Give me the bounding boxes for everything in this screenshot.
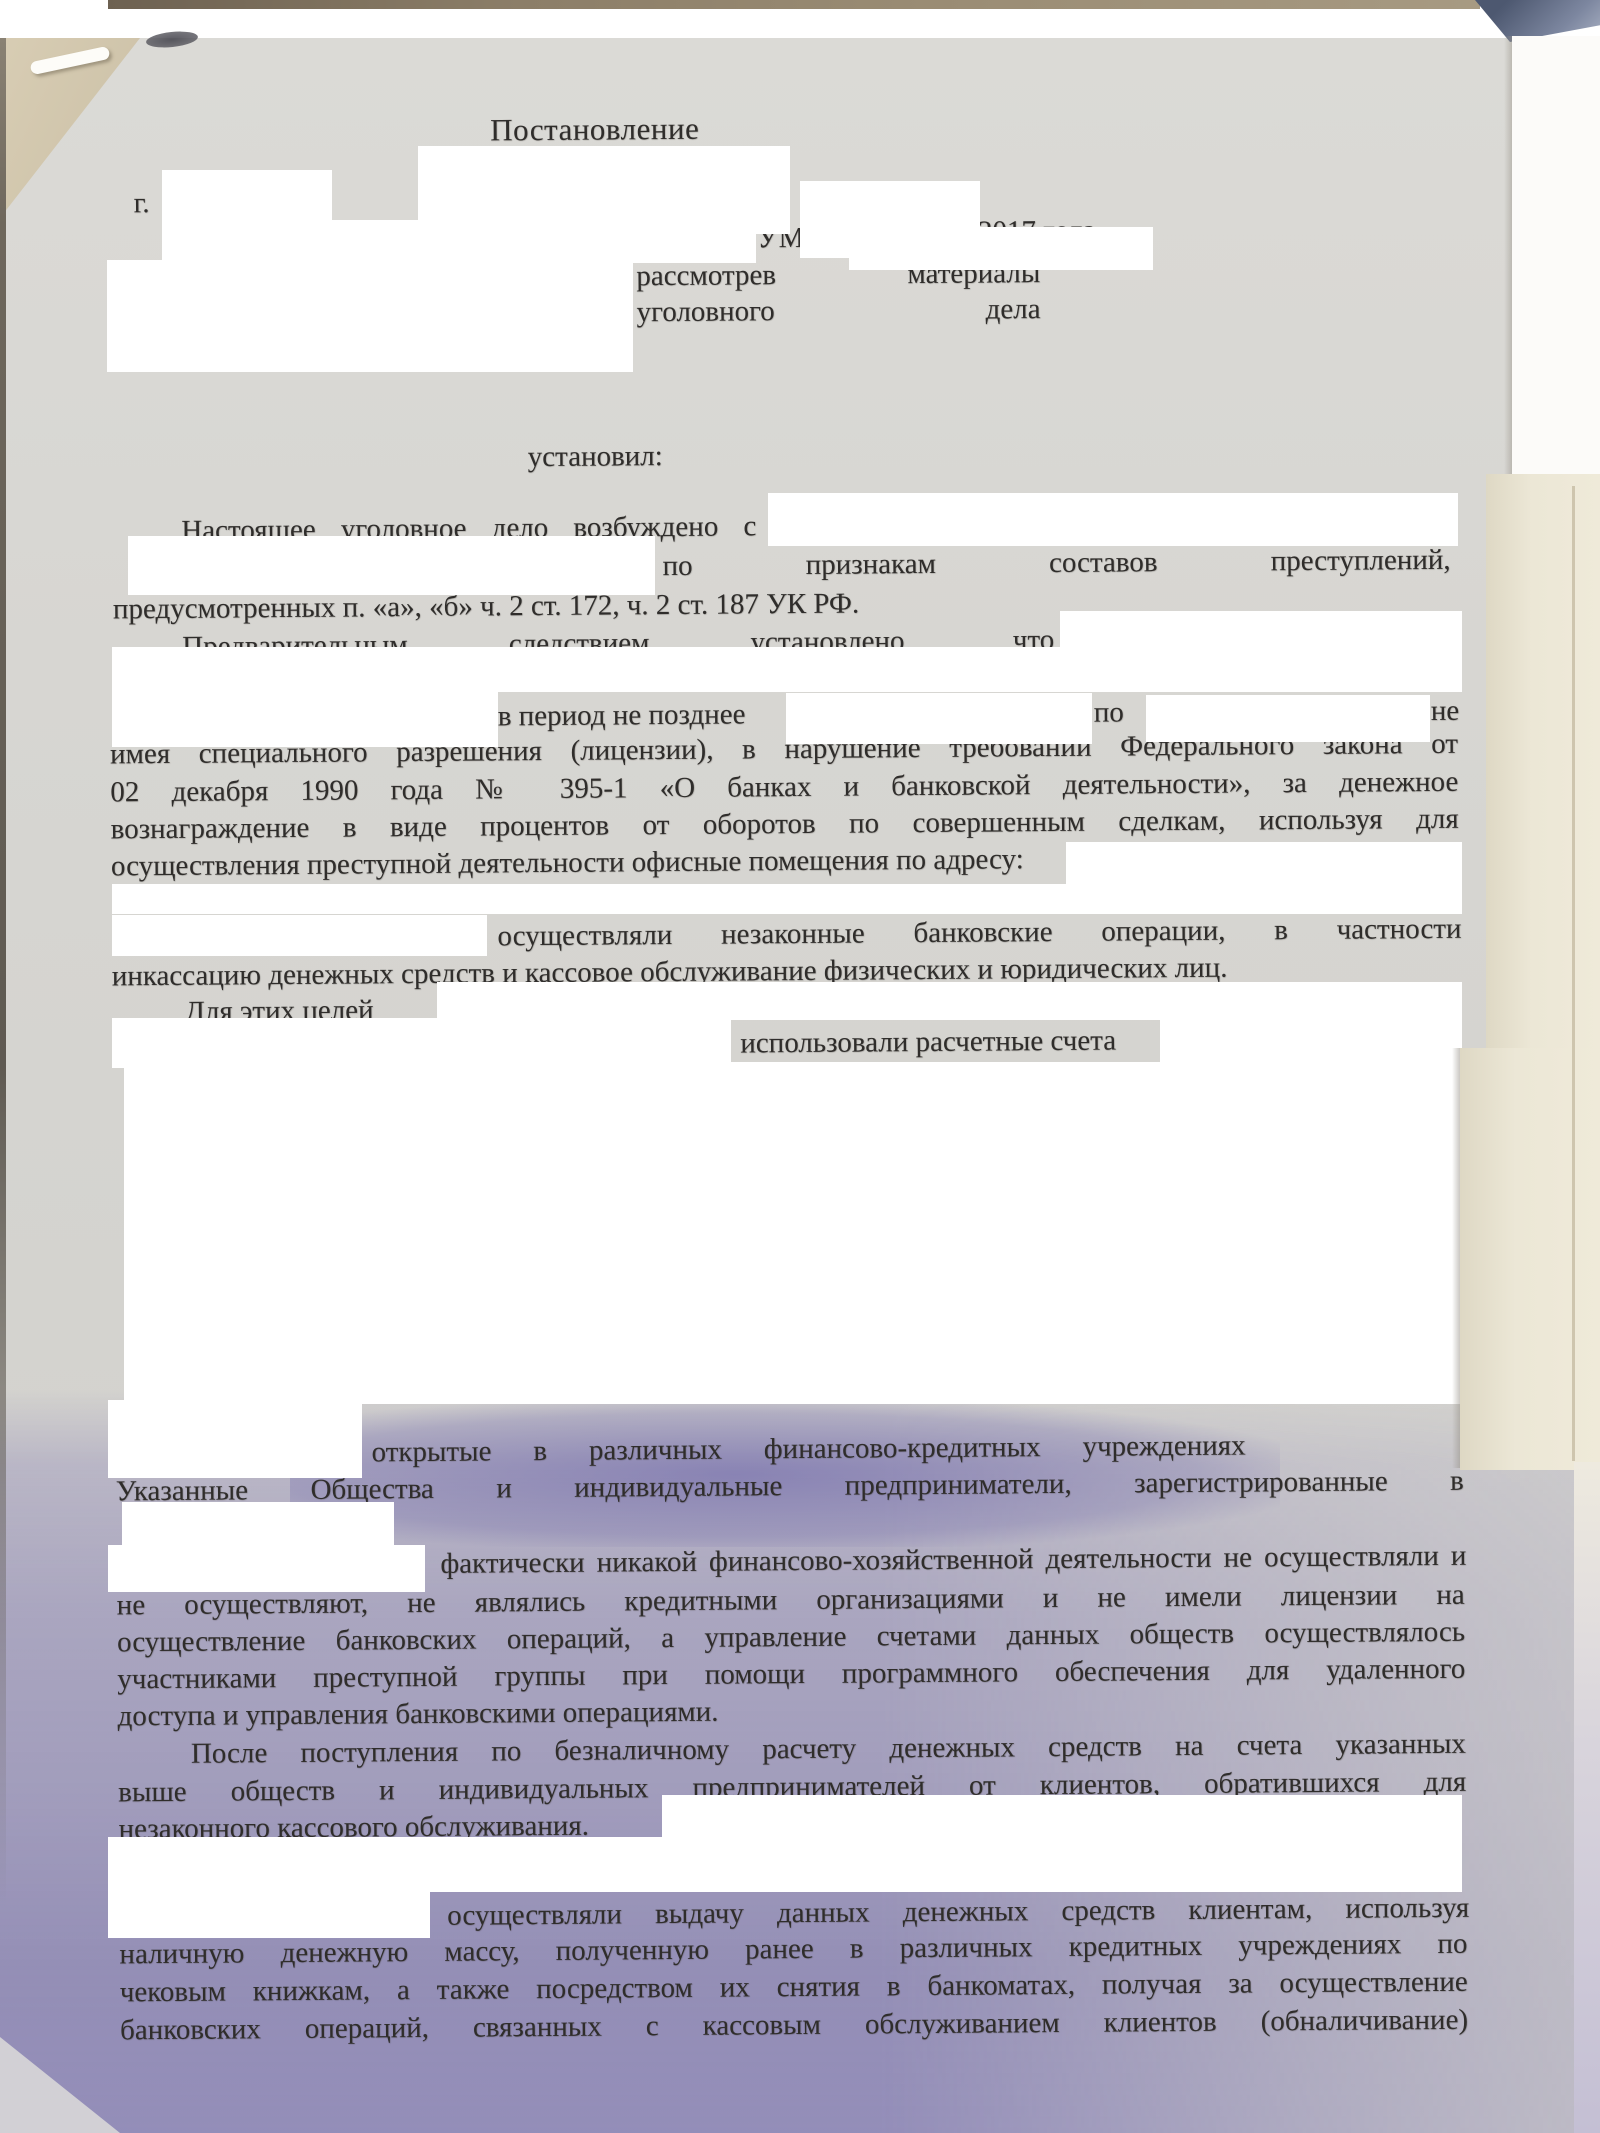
redaction-box xyxy=(108,1545,425,1592)
redaction-box xyxy=(849,227,1153,270)
redaction-box xyxy=(786,693,1092,744)
page-right-edge-shadow xyxy=(1452,1048,1460,1468)
redaction-box xyxy=(112,915,487,956)
text-line: фактически никакой финансово-хозяйственн… xyxy=(440,1538,1466,1582)
redaction-box xyxy=(768,493,1458,546)
document-title: Постановление xyxy=(490,111,696,149)
redaction-box xyxy=(196,220,756,263)
redaction-box xyxy=(112,884,1462,914)
text-line: осуществляли незаконные банковские опера… xyxy=(497,911,1461,955)
text-line: открытые в различных финансово-кредитных… xyxy=(371,1428,1245,1471)
redaction-box xyxy=(128,536,655,595)
redaction-box xyxy=(108,1837,1462,1892)
redaction-box xyxy=(112,1018,731,1068)
text-line: по xyxy=(1094,694,1124,730)
established-heading: установил: xyxy=(528,438,663,475)
redaction-box xyxy=(124,1062,1462,1404)
backdrop-top-strip xyxy=(108,0,1480,9)
text-line: не xyxy=(1431,693,1460,729)
page-left-edge-shadow xyxy=(0,38,6,1908)
text-line: по признакам составов преступлений, xyxy=(662,542,1450,584)
backdrop-crease-line xyxy=(1572,486,1575,1461)
text-line: в период не позднее xyxy=(498,696,746,734)
backdrop-right-white xyxy=(1512,36,1600,488)
backdrop-right-cream-upper xyxy=(1486,474,1600,1054)
redaction-box xyxy=(1146,695,1430,742)
redaction-box xyxy=(112,690,498,747)
backdrop-right-cream-lower xyxy=(1460,1048,1600,1470)
city-prefix: г. xyxy=(134,185,150,221)
backdrop-right-bottom-strip xyxy=(1574,1462,1600,2133)
text-line: доступа и управления банковскими операци… xyxy=(117,1694,718,1735)
redaction-box xyxy=(1160,1013,1462,1069)
text-line: осуществления преступной деятельности оф… xyxy=(111,841,1024,884)
page-right-edge-shadow xyxy=(1504,36,1512,488)
redaction-box xyxy=(108,1400,362,1478)
text-line: использовали расчетные счета xyxy=(740,1023,1116,1062)
redaction-box xyxy=(107,260,633,372)
document-photo: Постановление г. 2017 года УМВД рассмотр… xyxy=(0,0,1600,2133)
redaction-box xyxy=(108,1885,430,1938)
redaction-box xyxy=(112,647,1462,692)
